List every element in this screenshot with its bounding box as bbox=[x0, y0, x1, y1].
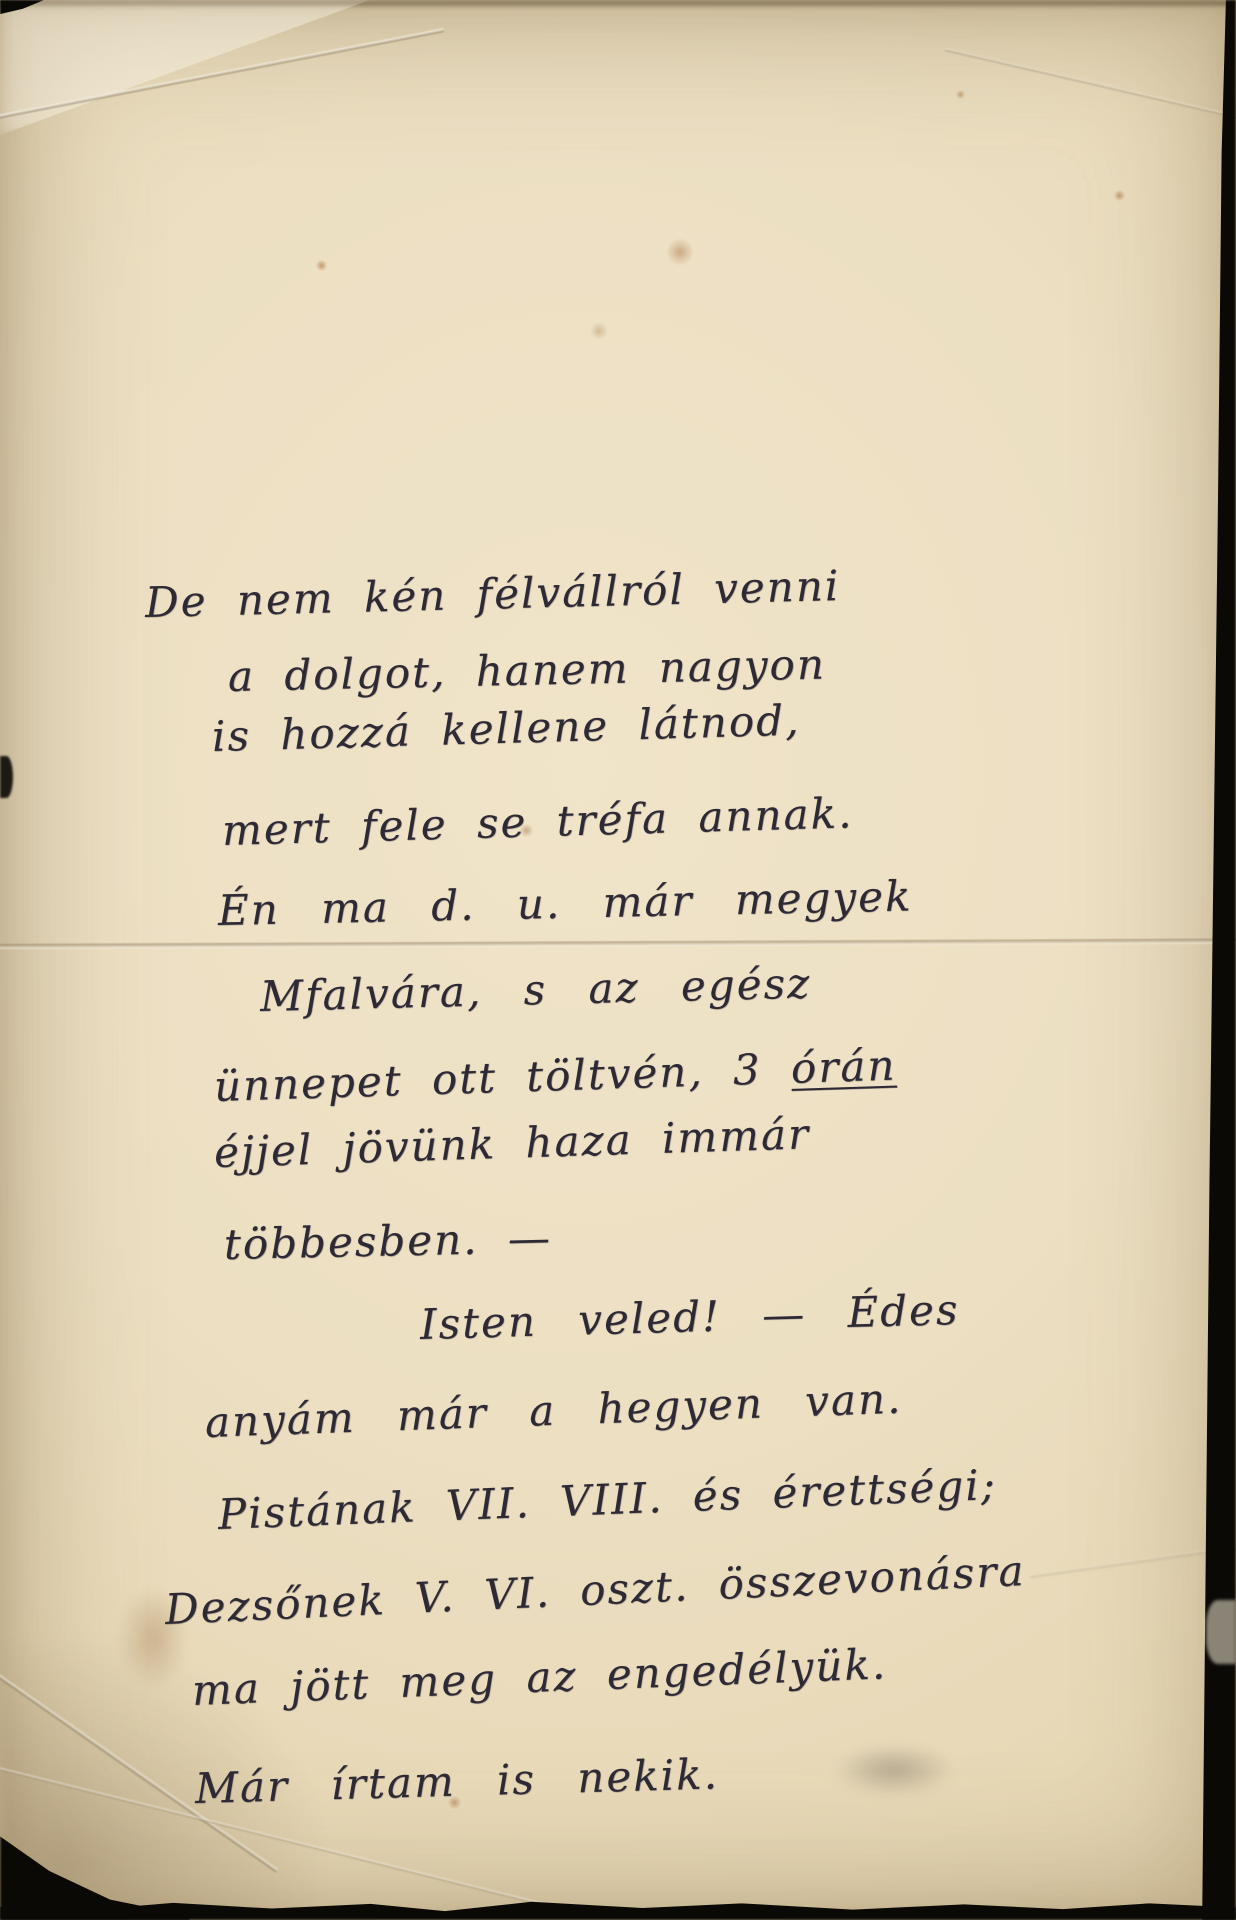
scanned-letter-page: De nem kén félvállról venni a dolgot, ha… bbox=[0, 0, 1236, 1920]
stain-spot bbox=[666, 238, 694, 266]
underlined-word: órán bbox=[790, 1041, 897, 1093]
paper-chip-right-edge bbox=[1206, 1600, 1236, 1664]
stain-spot bbox=[956, 90, 965, 99]
stain-spot bbox=[1114, 190, 1125, 201]
handwritten-line-09: többesben. — bbox=[223, 1213, 552, 1269]
stain-spot bbox=[316, 260, 327, 271]
ink-smudge bbox=[834, 1744, 954, 1796]
stain-spot bbox=[590, 322, 608, 340]
hole-left-edge bbox=[0, 756, 13, 798]
line-text: többesben. — bbox=[223, 1213, 552, 1269]
